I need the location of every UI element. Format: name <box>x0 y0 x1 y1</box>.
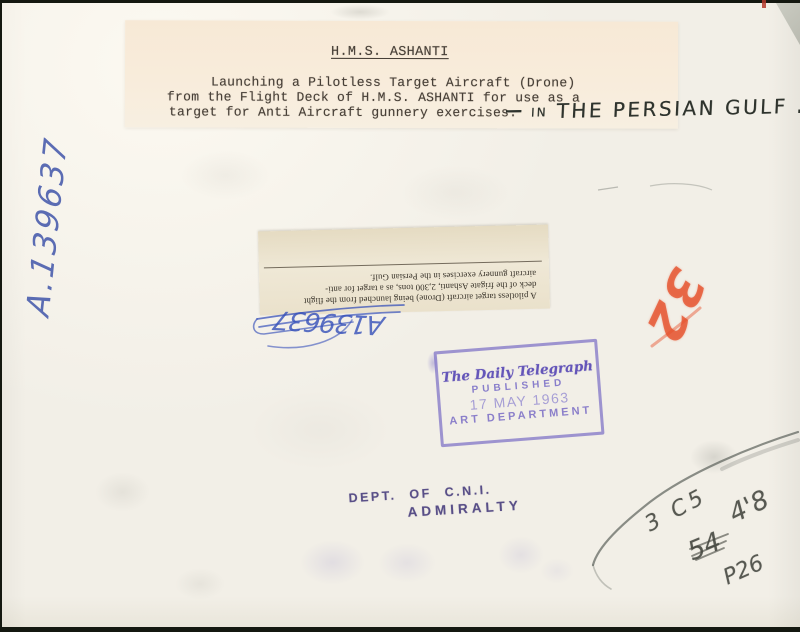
handwritten-in: IN <box>531 105 548 119</box>
crossed-out-number-text: A139637 <box>272 304 387 340</box>
reference-number-text: A.139637 <box>19 132 75 319</box>
clipping-rule <box>264 261 542 269</box>
orange-crayon-mark: 32 <box>630 258 720 353</box>
red-edge-tick <box>762 0 766 8</box>
daily-telegraph-stamp: The Daily Telegraph PUBLISHED 17 MAY 196… <box>433 339 604 448</box>
caption-line-3: target for Anti Aircraft gunnery exercis… <box>169 104 517 120</box>
orange-crayon-text: 32 <box>633 260 717 351</box>
handwritten-the-persian-gulf: THE PERSIAN GULF <box>556 94 788 123</box>
caption-title: H.M.S. ASHANTI <box>331 45 449 60</box>
reference-number-vertical: A.139637 <box>14 128 80 324</box>
handwritten-dash: — <box>505 101 523 121</box>
crossed-out-number: A139637 <box>262 298 396 346</box>
caption-line-1: Launching a Pilotless Target Aircraft (D… <box>211 75 576 91</box>
handwritten-period: . <box>796 97 800 118</box>
